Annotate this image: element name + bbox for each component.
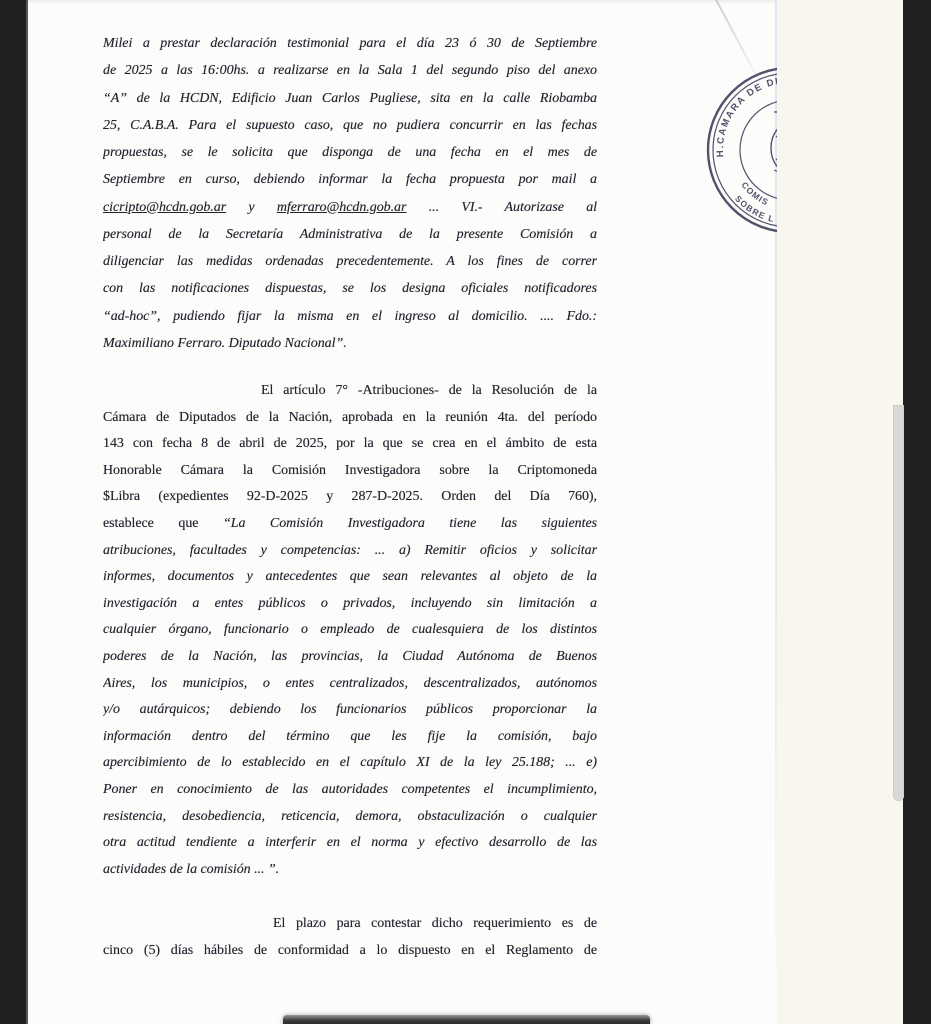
doc-line: El plazo para contestar dicho requerimie… — [103, 910, 597, 937]
doc-line: informes, documentos y antecedentes que … — [103, 564, 597, 591]
doc-line: 25, C.A.B.A. Para el supuesto caso, que … — [103, 112, 597, 139]
doc-line-quote-open: establece que “La Comisión Investigadora… — [103, 511, 597, 538]
doc-line: Cámara de Diputados de la Nación, aproba… — [103, 405, 597, 432]
paragraph-resolution-quote: Milei a prestar declaración testimonial … — [103, 30, 597, 357]
doc-line: Honorable Cámara la Comisión Investigado… — [103, 458, 597, 485]
left-letterbox — [0, 0, 28, 1024]
paragraph-deadline: El plazo para contestar dicho requerimie… — [103, 910, 597, 964]
email-joiner: y — [248, 200, 254, 215]
doc-line-normal-part: establece que — [103, 516, 198, 531]
doc-line: Maximiliano Ferraro. Diputado Nacional”. — [103, 330, 597, 357]
coat-of-arms-icon — [771, 123, 777, 174]
doc-line: información dentro del término que les f… — [103, 724, 597, 751]
doc-line: investigación a entes públicos o privado… — [103, 591, 597, 618]
doc-line: $Libra (expedientes 92-D-2025 y 287-D-20… — [103, 484, 597, 511]
doc-line: 143 con fecha 8 de abril de 2025, por la… — [103, 431, 597, 458]
doc-line-emails: cicripto@hcdn.gob.ar y mferraro@hcdn.gob… — [103, 194, 597, 221]
doc-line: Aires, los municipios, o entes centraliz… — [103, 671, 597, 698]
doc-line: Septiembre en curso, debiendo informar l… — [103, 166, 597, 193]
doc-line: cinco (5) días hábiles de conformidad a … — [103, 937, 597, 964]
doc-line: de 2025 a las 16:00hs. a realizarse en l… — [103, 57, 597, 84]
official-stamp: H.CAMARA DE DIPUTADOS D COMIS SOBRE L — [700, 58, 777, 240]
email-link-mferraro[interactable]: mferraro@hcdn.gob.ar — [277, 200, 407, 215]
doc-line: propuestas, se le solicita que disponga … — [103, 139, 597, 166]
document-page: H.CAMARA DE DIPUTADOS D COMIS SOBRE L Mi… — [26, 0, 903, 1024]
doc-line: otra actitud tendiente a interferir en e… — [103, 830, 597, 857]
bottom-toolbar-edge[interactable] — [283, 1015, 650, 1024]
doc-line-rest: ... VI.- Autorizase al — [429, 200, 597, 215]
doc-line: “ad-hoc”, pudiendo fijar la misma en el … — [103, 303, 597, 330]
doc-line-italic-part: “La Comisión Investigadora tiene las sig… — [223, 516, 597, 531]
doc-line: con las notificaciones dispuestas, se lo… — [103, 275, 597, 302]
doc-line: Milei a prestar declaración testimonial … — [103, 30, 597, 57]
right-letterbox — [903, 0, 931, 1024]
doc-line: y/o autárquicos; debiendo los funcionari… — [103, 697, 597, 724]
page-edge-region — [777, 0, 903, 1024]
doc-line: “A” de la HCDN, Edificio Juan Carlos Pug… — [103, 85, 597, 112]
scrollbar-thumb[interactable] — [893, 405, 904, 801]
sun-icon — [774, 96, 777, 128]
doc-line: atribuciones, facultades y competencias:… — [103, 538, 597, 565]
doc-line: apercibimiento de lo establecido en el c… — [103, 750, 597, 777]
email-link-cicripto[interactable]: cicripto@hcdn.gob.ar — [103, 200, 226, 215]
doc-line: diligenciar las medidas ordenadas preced… — [103, 248, 597, 275]
doc-line: cualquier órgano, funcionario o empleado… — [103, 617, 597, 644]
doc-line: poderes de la Nación, las provincias, la… — [103, 644, 597, 671]
doc-line: resistencia, desobediencia, reticencia, … — [103, 804, 597, 831]
document-viewer: H.CAMARA DE DIPUTADOS D COMIS SOBRE L Mi… — [0, 0, 931, 1024]
doc-line: Poner en conocimiento de las autoridades… — [103, 777, 597, 804]
paragraph-article-7: El artículo 7° -Atribuciones- de la Reso… — [103, 378, 597, 883]
doc-line: actividades de la comisión ... ”. — [103, 857, 597, 884]
doc-line: El artículo 7° -Atribuciones- de la Reso… — [103, 378, 597, 405]
doc-line: personal de la Secretaría Administrativa… — [103, 221, 597, 248]
